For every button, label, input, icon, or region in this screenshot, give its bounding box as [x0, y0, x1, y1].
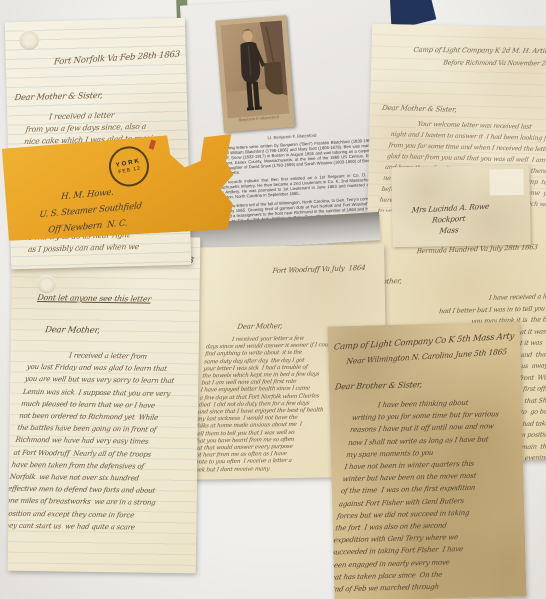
cdv-photo: Benjamin F. Blatchford [215, 15, 295, 132]
civil-war-letters-collage: Benjamin F. Blatchford Lt. Benjamin F. B… [0, 0, 546, 599]
embossed-seal [38, 275, 56, 293]
letter-dateline: Before Richmond Va November 20th 1864 [443, 59, 546, 68]
letter-fort-woodruff-aug: Fort Woodruff Va Aug 28 1863 Dont let an… [8, 235, 201, 574]
letter-dateline: Near Wilmington N. Carolina June 5th 186… [346, 347, 508, 366]
letter-salutation: Dear Brother & Sister, [334, 380, 422, 391]
letter-heading: Fort Woodruff Va July 1864 [272, 264, 366, 275]
stamp-patch [489, 169, 523, 196]
envelope-rockport: Mrs Lucinda A. Rowe Rockport Mass [391, 165, 530, 247]
letter-heading: Fort Norfolk Va Feb 28th 1863 [54, 50, 181, 68]
embossed-seal [19, 30, 40, 51]
letter-salutation: Dear Mother, [44, 325, 100, 336]
letter-body: I received a letter fromyou last Friday … [8, 349, 201, 534]
letter-heading: Camp of Light Company K 2d M. H. Artille… [413, 46, 546, 55]
letter-salutation: Dear Mother, [237, 322, 283, 331]
envelope-address: H. M. Howe.U. S. Steamer Southfield Off … [37, 176, 211, 239]
letter-wilmington: Camp of Light Company Co K 5th Mass Arty… [327, 322, 526, 599]
handwriting-line: they cant start us we had quite a scare [8, 519, 182, 534]
letter-private-note: Dont let anyone see this letter [37, 293, 152, 304]
red-pen-mark [149, 140, 156, 150]
envelope-address: Mrs Lucinda A. Rowe Rockport Mass [408, 199, 522, 238]
letter-body: I have been thinking aboutwriting to you… [327, 395, 526, 596]
biography-paragraph: The following letters were written by Be… [209, 138, 376, 177]
letter-salutation: Dear Mother & Sister, [381, 104, 457, 114]
letter-salutation: Dear Mother & Sister, [14, 90, 103, 102]
